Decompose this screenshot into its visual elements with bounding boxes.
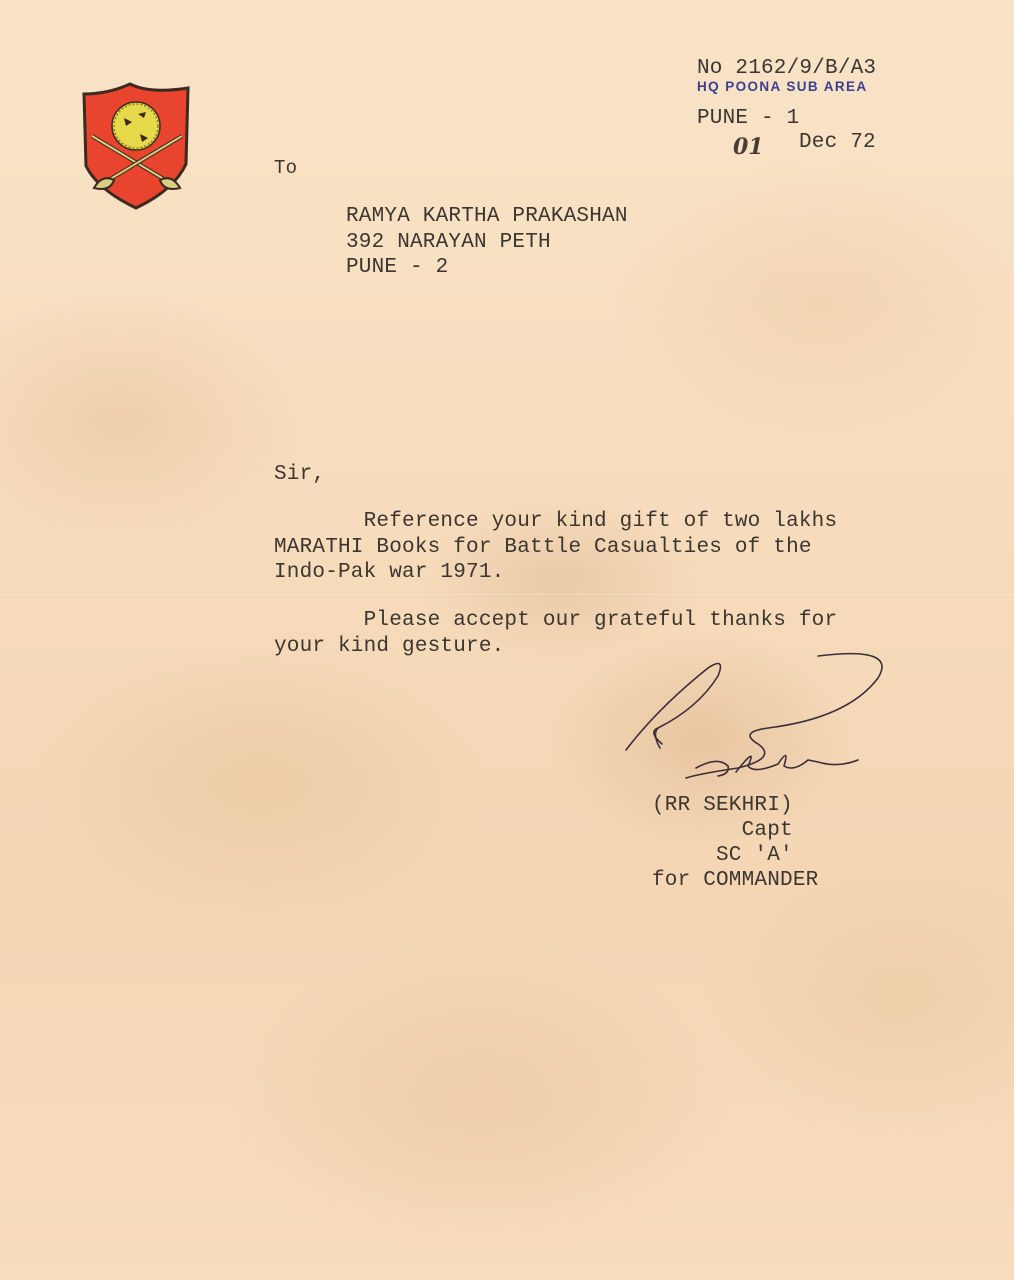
sender-city: PUNE - 1 bbox=[697, 106, 799, 131]
handwritten-signature bbox=[618, 648, 928, 793]
to-label: To bbox=[274, 156, 297, 181]
date-day-handwritten: 01 bbox=[733, 134, 764, 160]
body-paragraph-1: Reference your kind gift of two lakhs MA… bbox=[274, 509, 837, 586]
paper-fold-line bbox=[0, 592, 1014, 595]
letter-page: No 2162/9/B/A3 HQ POONA SUB AREA PUNE - … bbox=[0, 0, 1014, 1280]
office-stamp: HQ POONA SUB AREA bbox=[697, 79, 868, 94]
date-month-year: Dec 72 bbox=[799, 130, 876, 155]
salutation: Sir, bbox=[274, 462, 325, 487]
signatory-block: (RR SEKHRI) Capt SC 'A' for COMMANDER bbox=[652, 793, 818, 893]
recipient-address: RAMYA KARTHA PRAKASHAN 392 NARAYAN PETH … bbox=[346, 204, 628, 281]
reference-number: No 2162/9/B/A3 bbox=[697, 56, 876, 81]
shield-emblem-icon bbox=[78, 80, 194, 210]
